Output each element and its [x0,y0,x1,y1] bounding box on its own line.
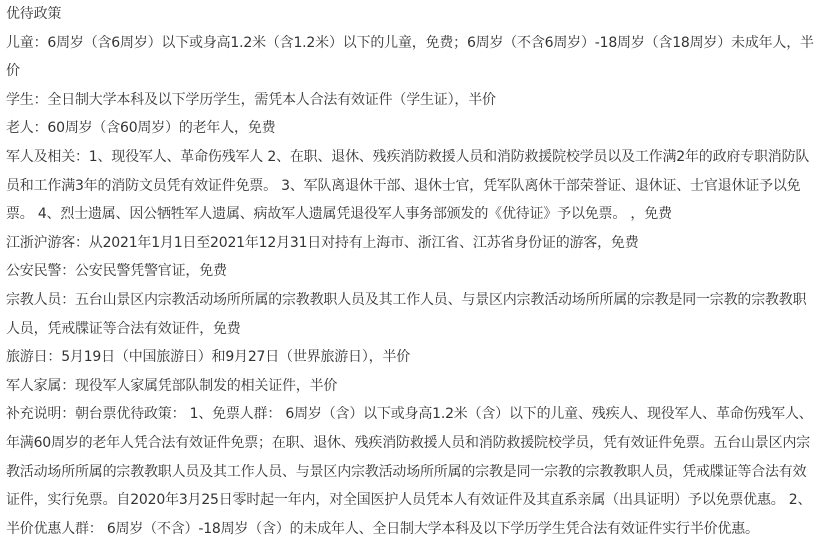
policy-tourism-day: 旅游日：5月19日（中国旅游日）和9月27日（世界旅游日），半价 [6,343,815,372]
policy-children: 儿童：6周岁（含6周岁）以下或身高1.2米（含1.2米）以下的儿童，免费；6周岁… [6,29,815,86]
policy-supplement: 补充说明：朝台票优待政策： 1、免票人群： 6周岁（含）以下或身高1.2米（含）… [6,400,815,543]
policy-religious: 宗教人员：五台山景区内宗教活动场所所属的宗教教职人员及其工作人员、与景区内宗教活… [6,286,815,343]
policy-military: 军人及相关：1、现役军人、革命伤残军人 2、在职、退休、残疾消防救援人员和消防救… [6,143,815,229]
policy-students: 学生：全日制大学本科及以下学历学生，需凭本人合法有效证件（学生证），半价 [6,86,815,115]
document-title: 优待政策 [6,0,815,29]
policy-jiangzhehu-visitors: 江浙沪游客：从2021年1月1日至2021年12月31日对持有上海市、浙江省、江… [6,229,815,258]
policy-police: 公安民警：公安民警凭警官证，免费 [6,257,815,286]
policy-seniors: 老人：60周岁（含60周岁）的老年人，免费 [6,114,815,143]
policy-military-family: 军人家属：现役军人家属凭部队制发的相关证件，半价 [6,372,815,401]
policy-document: 优待政策 儿童：6周岁（含6周岁）以下或身高1.2米（含1.2米）以下的儿童，免… [0,0,821,543]
